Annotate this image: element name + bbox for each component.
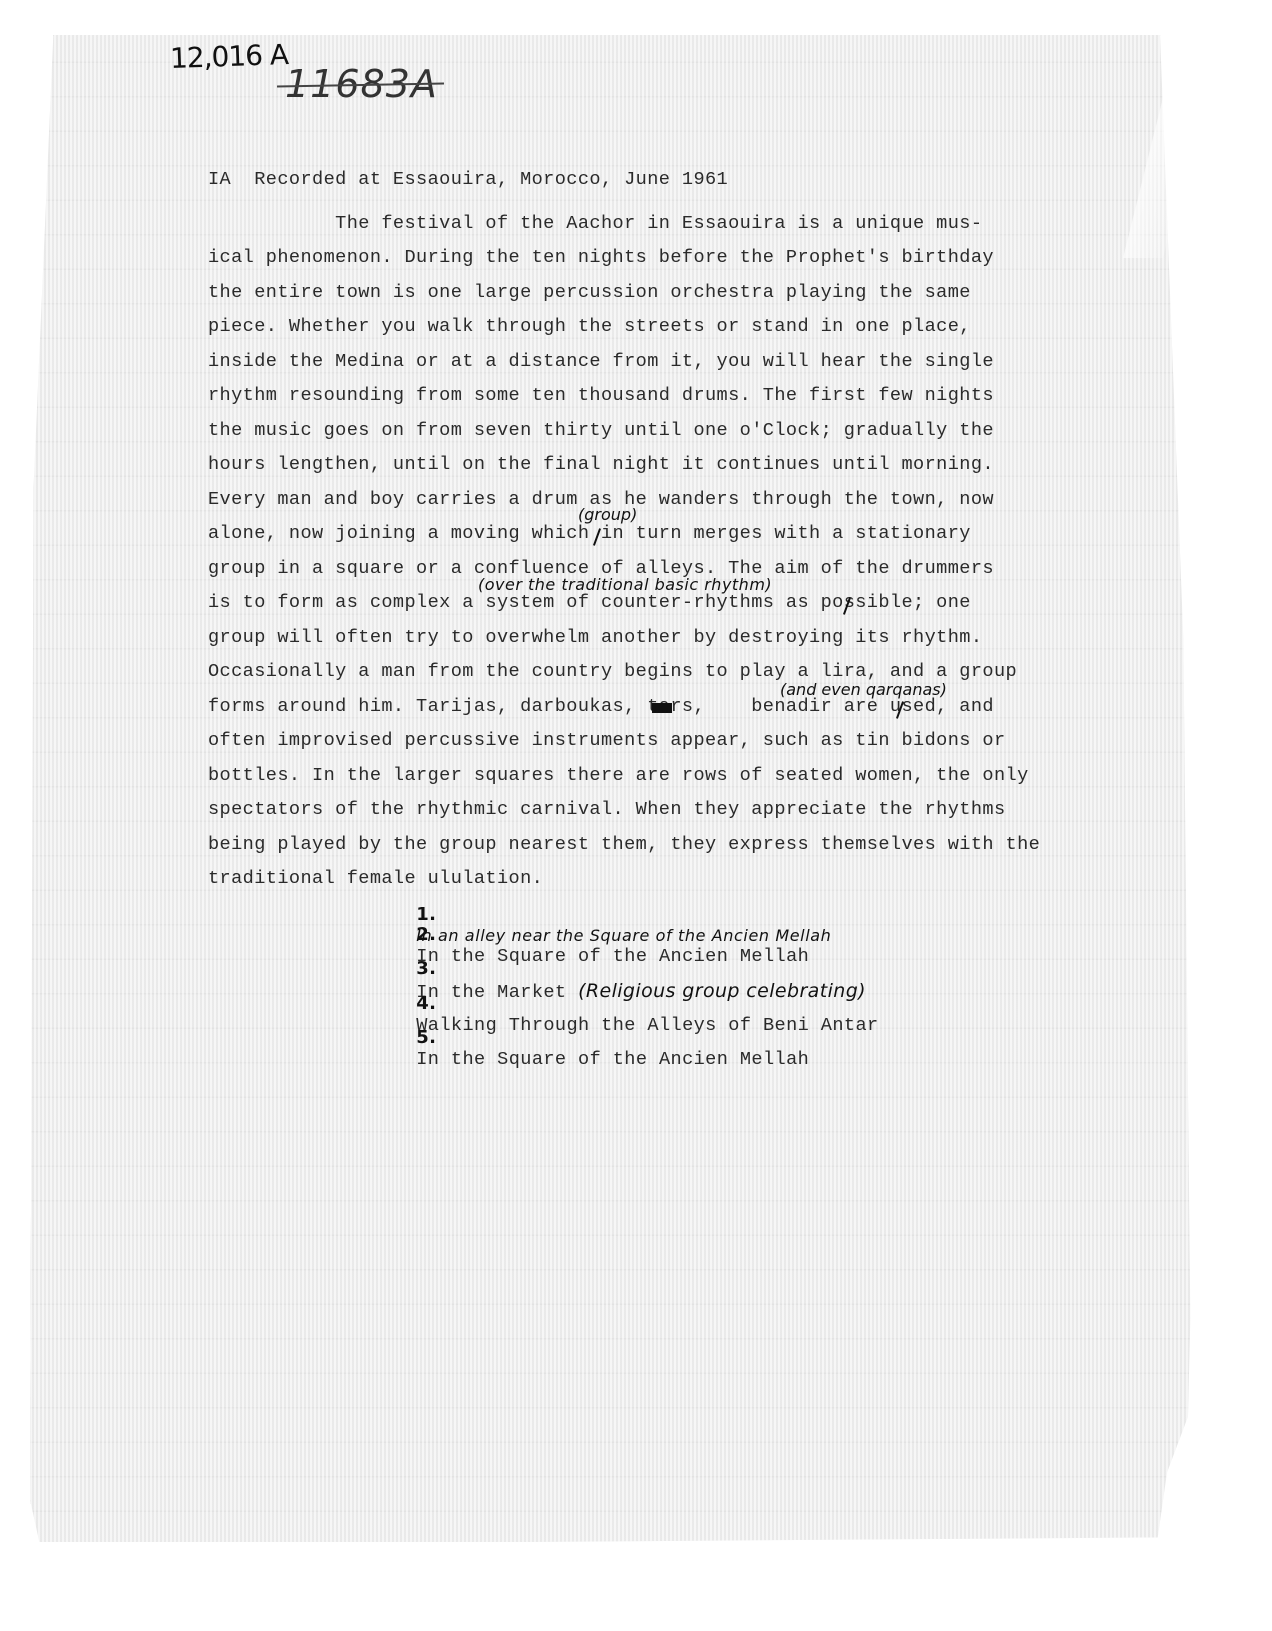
- body-line: spectators of the rhythmic carnival. Whe…: [208, 799, 1006, 820]
- body-line: hours lengthen, until on the final night…: [208, 454, 994, 475]
- body-line: alone, now joining a moving which in tur…: [208, 523, 971, 544]
- track-number: 5.: [416, 1027, 436, 1048]
- body-line: group will often try to overwhelm anothe…: [208, 627, 982, 648]
- track-title: In the Square of the Ancien Mellah: [416, 1049, 809, 1070]
- body-line: Occasionally a man from the country begi…: [208, 661, 1017, 682]
- body-line: the entire town is one large percussion …: [208, 282, 971, 303]
- body-line: rhythm resounding from some ten thousand…: [208, 385, 994, 406]
- handwritten-insert-group: (group): [578, 505, 637, 524]
- recording-header: IA Recorded at Essaouira, Morocco, June …: [208, 169, 728, 190]
- crossed-out-catalog-number: 11683A: [285, 62, 438, 106]
- body-line: forms around him. Tarijas, darboukas, ta…: [208, 696, 994, 717]
- body-line: the music goes on from seven thirty unti…: [208, 420, 994, 441]
- handwritten-catalog-number: 12,016 A: [169, 38, 288, 75]
- body-line: piece. Whether you walk through the stre…: [208, 316, 971, 337]
- body-line: being played by the group nearest them, …: [208, 834, 1040, 855]
- crossed-out-word: [652, 703, 672, 713]
- body-line: is to form as complex a system of counte…: [208, 592, 971, 613]
- body-line: ical phenomenon. During the ten nights b…: [208, 247, 994, 268]
- body-line: The festival of the Aachor in Essaouira …: [208, 213, 982, 234]
- track-item: 5. In the Square of the Ancien Mellah: [370, 1006, 809, 1091]
- body-line: often improvised percussive instruments …: [208, 730, 1006, 751]
- body-line: inside the Medina or at a distance from …: [208, 351, 994, 372]
- handwritten-insert-over-rhythm: (over the traditional basic rhythm): [478, 575, 772, 594]
- handwritten-insert-garganas: (and even qarqanas): [780, 680, 947, 699]
- body-line: bottles. In the larger squares there are…: [208, 765, 1029, 786]
